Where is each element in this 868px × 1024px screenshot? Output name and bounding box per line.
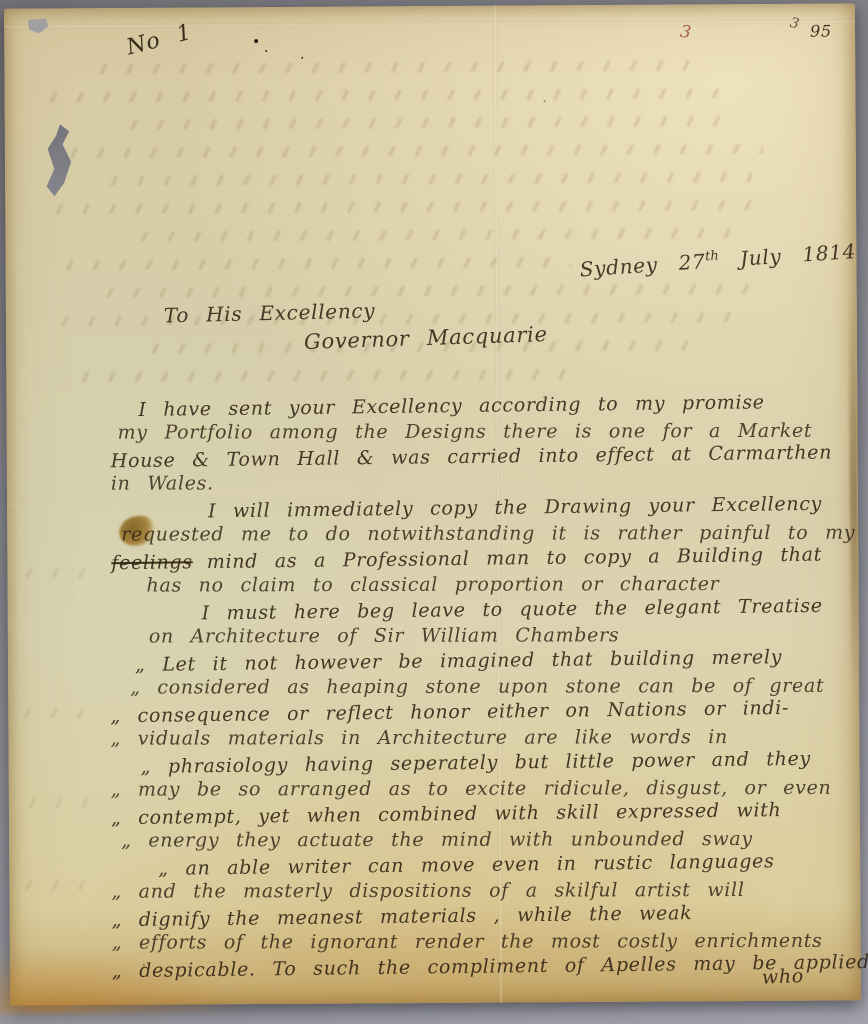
red-page-numeral: 3 [679,22,693,43]
show-through-writing [125,116,721,130]
dateline-ordinal: th [705,249,720,265]
show-through-writing [44,88,725,102]
show-through-writing [56,312,737,326]
show-through-writing [18,708,93,718]
photo-of-letter: { "photo": { "background_color": "#8b8b9… [0,0,868,1024]
manuscript-line-rest: mind as a Professional man to copy a Bui… [207,544,823,574]
salutation-line-1: To His Excellency [164,299,376,328]
dateline-place-day: Sydney 27 [579,249,706,281]
catchword: who [761,965,804,989]
show-through-writing [105,172,752,186]
paper-tear-hole [43,124,73,196]
show-through-writing [23,798,93,808]
page-numeral-95: 95 [810,22,832,41]
show-through-writing [50,200,765,214]
ink-page-numeral: 3 [788,15,801,33]
show-through-writing [19,568,99,578]
corner-chip-damage [28,18,48,33]
letter-body: I have sent your Excellency according to… [104,391,855,982]
ink-speckles [254,39,258,43]
show-through-writing [135,228,748,242]
dateline: Sydney 27th July 1814 [579,239,857,282]
show-through-writing [65,144,763,158]
show-through-writing [94,60,707,74]
show-through-writing [101,284,765,298]
dateline-month-year: July 1814 [739,239,857,271]
show-through-writing [19,880,91,890]
horizontal-fold-crease [4,19,855,28]
letter-page: No 1 3 3 95 Sydney 27th July 1814 To His… [4,3,861,1005]
struck-out-word: feelings [111,551,193,574]
